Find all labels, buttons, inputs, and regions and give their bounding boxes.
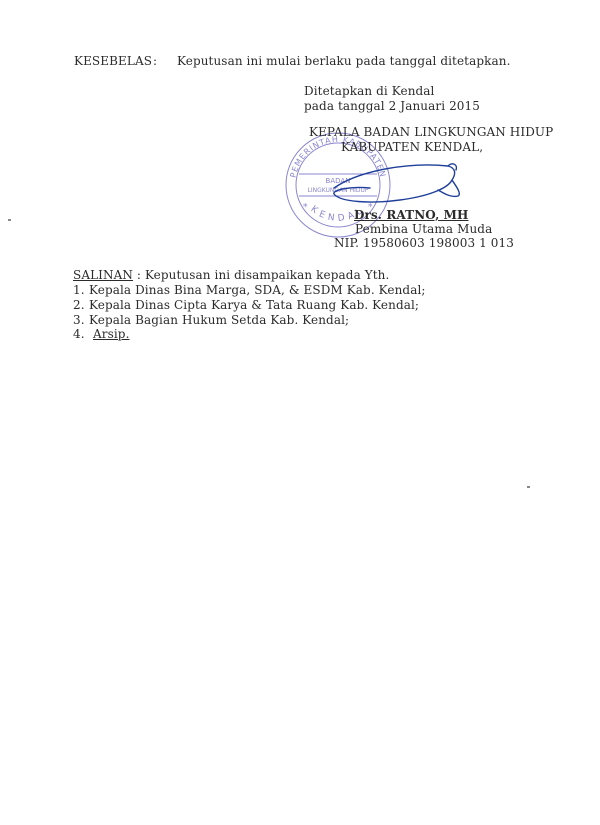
signatory-nip: NIP. 19580603 198003 1 013 xyxy=(334,236,514,250)
copies-label: SALINAN xyxy=(73,268,133,282)
scan-speck xyxy=(527,486,530,488)
signature-date: pada tanggal 2 Januari 2015 xyxy=(304,99,480,113)
article-text: Keputusan ini mulai berlaku pada tanggal… xyxy=(177,54,511,68)
svg-text:*: * xyxy=(303,203,308,213)
stamp-inner-line2: LINGKUNGAN HIDUP xyxy=(308,187,369,194)
list-item: 3.Kepala Bagian Hukum Setda Kab. Kendal; xyxy=(73,313,349,327)
document-page: KESEBELAS : Keputusan ini mulai berlaku … xyxy=(0,0,600,825)
signature-place: Ditetapkan di Kendal xyxy=(304,84,435,98)
article-label: KESEBELAS xyxy=(74,54,152,68)
scan-speck xyxy=(8,219,11,221)
list-item: 1.Kepala Dinas Bina Marga, SDA, & ESDM K… xyxy=(73,283,426,297)
list-item: 2.Kepala Dinas Cipta Karya & Tata Ruang … xyxy=(73,298,419,312)
signatory-rank: Pembina Utama Muda xyxy=(355,222,492,236)
copies-intro: : Keputusan ini disampaikan kepada Yth. xyxy=(133,268,389,282)
list-item: 4.Arsip. xyxy=(73,327,130,341)
handwritten-signature-icon xyxy=(330,150,465,210)
signatory-name: Drs. RATNO, MH xyxy=(354,208,469,222)
signature-office-line2: KABUPATEN KENDAL, xyxy=(341,140,483,154)
signature-office-line1: KEPALA BADAN LINGKUNGAN HIDUP xyxy=(309,125,553,139)
copies-heading: SALINAN : Keputusan ini disampaikan kepa… xyxy=(73,268,389,282)
article-colon: : xyxy=(153,54,157,68)
stamp-inner-line1: BADAN xyxy=(326,177,351,185)
